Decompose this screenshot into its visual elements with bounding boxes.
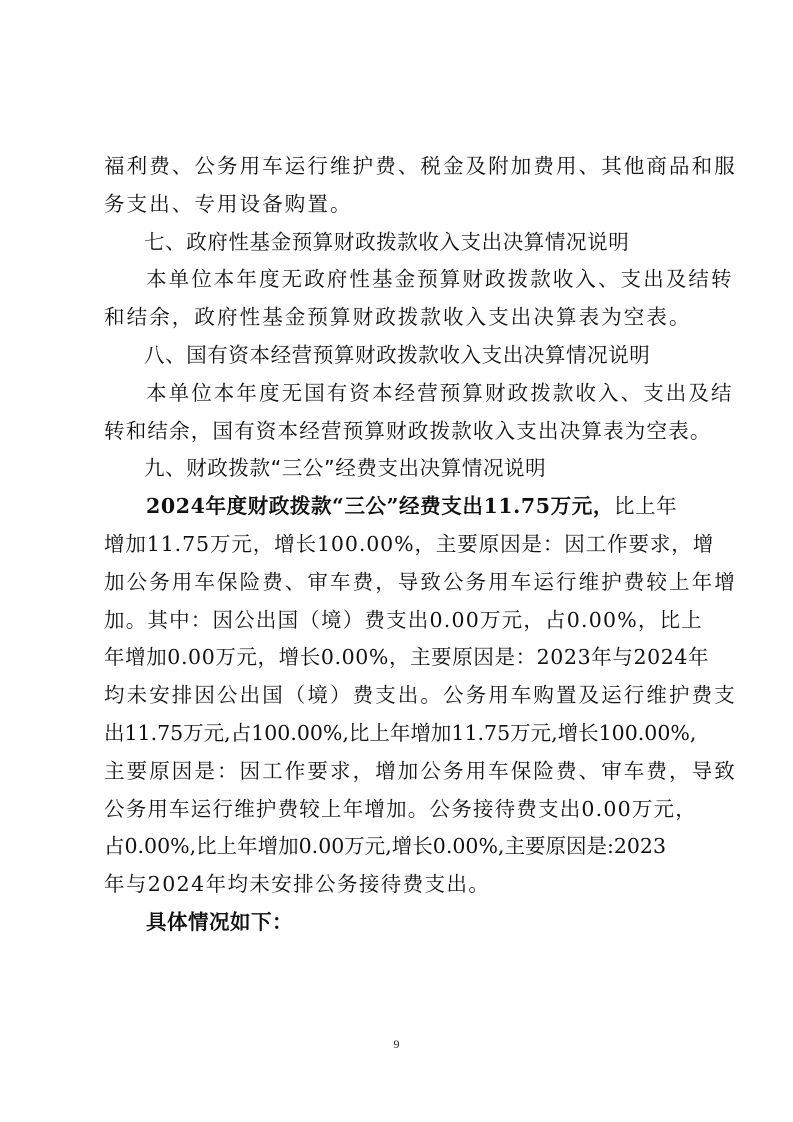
body-line: 和结余，政府性基金预算财政拨款收入支出决算表为空表。 <box>104 299 692 337</box>
body-line: 增加11.75万元，增长100.00%，主要原因是：因工作要求，增 <box>104 526 692 564</box>
body-line: 加。其中：因公出国（境）费支出0.00万元，占0.00%，比上 <box>104 602 692 640</box>
body-line: 福利费、公务用车运行维护费、税金及附加费用、其他商品和服 <box>104 148 692 186</box>
body-line: 年增加0.00万元，增长0.00%，主要原因是：2023年与2024年 <box>104 639 692 677</box>
body-line: 均未安排因公出国（境）费支出。公务用车购置及运行维护费支 <box>104 677 692 715</box>
body-line: 主要原因是：因工作要求，增加公务用车保险费、审车费，导致 <box>104 753 692 791</box>
section-heading-8: 八、国有资本经营预算财政拨款收入支出决算情况说明 <box>104 337 692 375</box>
body-line: 出11.75万元,占100.00%,比上年增加11.75万元,增长100.00%… <box>104 715 692 753</box>
body-line: 转和结余，国有资本经营预算财政拨款收入支出决算表为空表。 <box>104 413 692 451</box>
body-line: 占0.00%,比上年增加0.00万元,增长0.00%,主要原因是:2023 <box>104 828 692 866</box>
details-label: 具体情况如下： <box>104 904 692 942</box>
body-line: 年与2024年均未安排公务接待费支出。 <box>104 866 692 904</box>
document-page: 福利费、公务用车运行维护费、税金及附加费用、其他商品和服 务支出、专用设备购置。… <box>104 148 692 942</box>
summary-text: 比上年 <box>614 494 677 518</box>
page-number: 9 <box>0 1037 793 1052</box>
body-line: 务支出、专用设备购置。 <box>104 186 692 224</box>
summary-line: 2024年度财政拨款“三公”经费支出11.75万元，比上年 <box>104 488 692 526</box>
body-line: 公务用车运行维护费较上年增加。公务接待费支出0.00万元， <box>104 791 692 829</box>
body-line: 加公务用车保险费、审车费，导致公务用车运行维护费较上年增 <box>104 564 692 602</box>
summary-bold-text: 2024年度财政拨款“三公”经费支出11.75万元， <box>146 494 614 518</box>
body-line: 本单位本年度无政府性基金预算财政拨款收入、支出及结转 <box>104 261 692 299</box>
body-line: 本单位本年度无国有资本经营预算财政拨款收入、支出及结 <box>104 375 692 413</box>
section-heading-9: 九、财政拨款“三公”经费支出决算情况说明 <box>104 450 692 488</box>
section-heading-7: 七、政府性基金预算财政拨款收入支出决算情况说明 <box>104 224 692 262</box>
